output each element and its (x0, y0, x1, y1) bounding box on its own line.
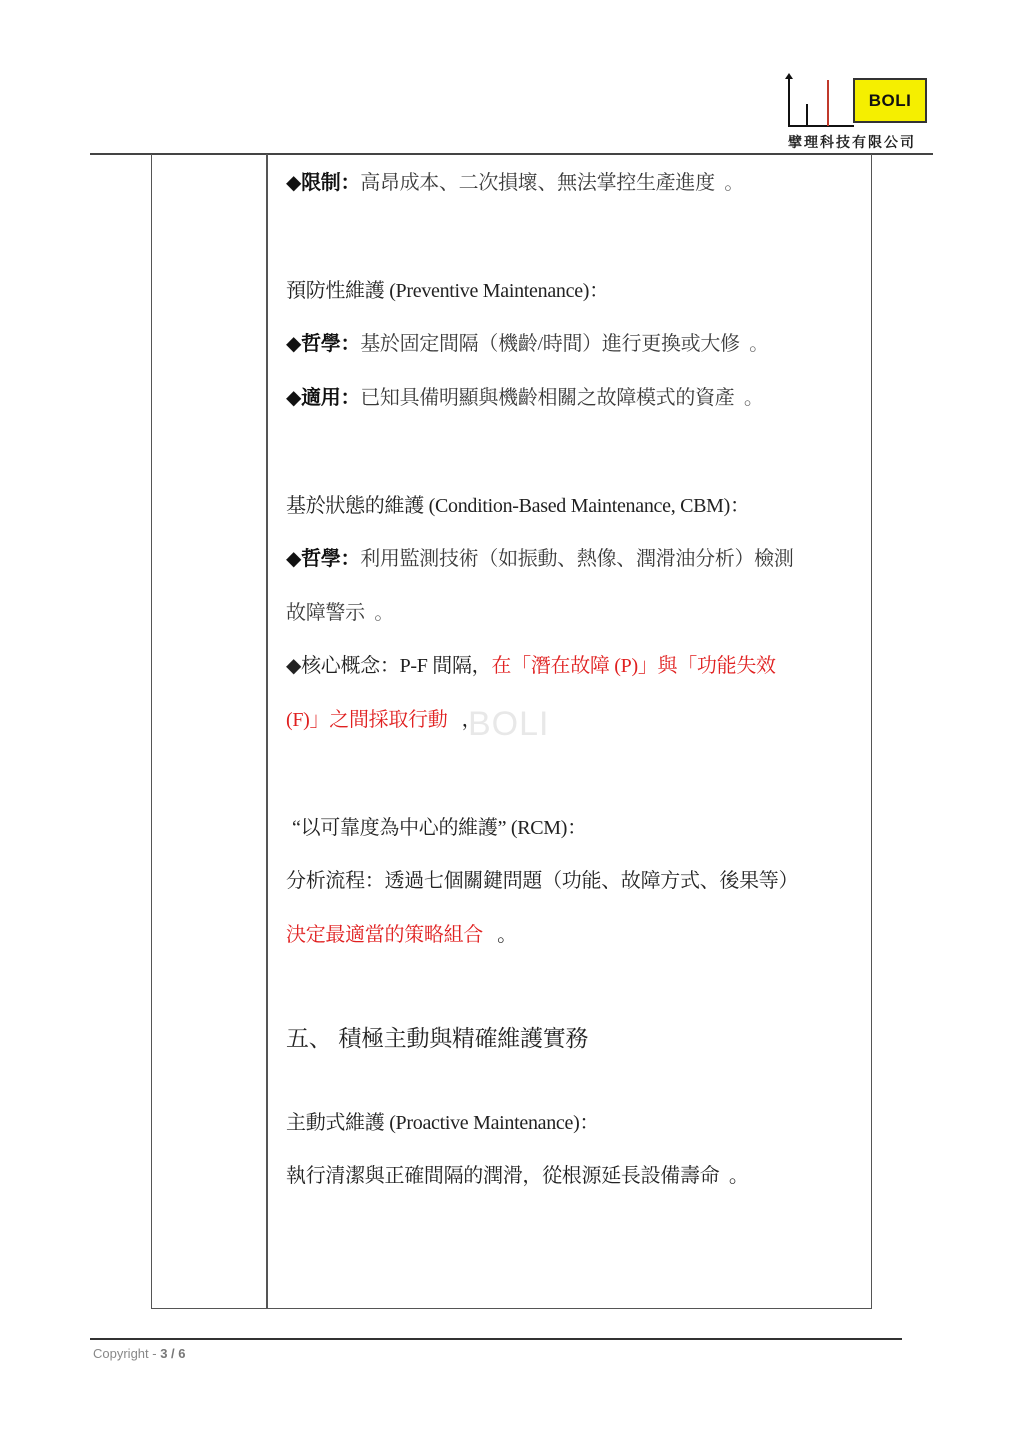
pm-philosophy-line: ◆哲學：基於固定間隔（機齡/時間）進行更換或大修 。 (286, 332, 769, 356)
footer: Copyright - 3 / 6 (93, 1346, 186, 1361)
highlight-text: 決定最適當的策略組合 (286, 924, 483, 946)
rcm-title: “以可靠度為中心的維護” (RCM)： (292, 816, 587, 840)
logo-box: BOLI (853, 78, 927, 123)
watermark: BOLI (468, 705, 549, 744)
cbm-philosophy-line-2: 故障警示 。 (286, 601, 394, 625)
rcm-process: 分析流程：透過七個關鍵問題（功能、故障方式、後果等） (286, 869, 798, 893)
page-total: 6 (178, 1346, 185, 1361)
limit-line: ◆限制：高昂成本、二次損壞、無法掌控生產進度 。 (286, 171, 744, 195)
limit-label: ◆限制： (286, 172, 360, 194)
company-name: 擘理科技有限公司 (788, 132, 930, 152)
limit-text: 高昂成本、二次損壞、無法掌控生產進度 (360, 172, 715, 194)
cbm-philosophy-line: ◆哲學：利用監測技術（如振動、熱像、潤滑油分析）檢測 (286, 547, 794, 571)
table-column-divider (266, 154, 268, 1309)
pm-apply-line: ◆適用：已知具備明顯與機齡相關之故障模式的資產 。 (286, 386, 764, 410)
highlight-text: (F)」之間採取行動 (286, 709, 447, 731)
footer-divider (90, 1338, 902, 1340)
logo-bar-black (806, 104, 808, 126)
section-heading: 五、 積極主動與精確維護實務 (286, 1027, 588, 1051)
highlight-text: 在「潛在故障 (P)」與「功能失效 (491, 655, 775, 677)
logo-bar-red (827, 80, 829, 126)
cbm-core-line: ◆核心概念：P-F 間隔，在「潛在故障 (P)」與「功能失效 (286, 654, 776, 678)
pm-title: 預防性維護 (Preventive Maintenance)： (286, 279, 609, 303)
logo-axis-vertical (788, 78, 790, 126)
proactive-text-line: 執行清潔與正確間隔的潤滑，從根源延長設備壽命 。 (286, 1164, 749, 1188)
logo-axis-horizontal (788, 125, 854, 127)
cbm-title: 基於狀態的維護 (Condition-Based Maintenance, CB… (286, 494, 750, 518)
proactive-title: 主動式維護 (Proactive Maintenance)： (286, 1111, 599, 1135)
copyright-text: Copyright - (93, 1346, 160, 1361)
rcm-decision-line: 決定最適當的策略組合 。 (286, 923, 517, 947)
cbm-core-line-2: (F)」之間採取行動 ， (286, 708, 481, 732)
